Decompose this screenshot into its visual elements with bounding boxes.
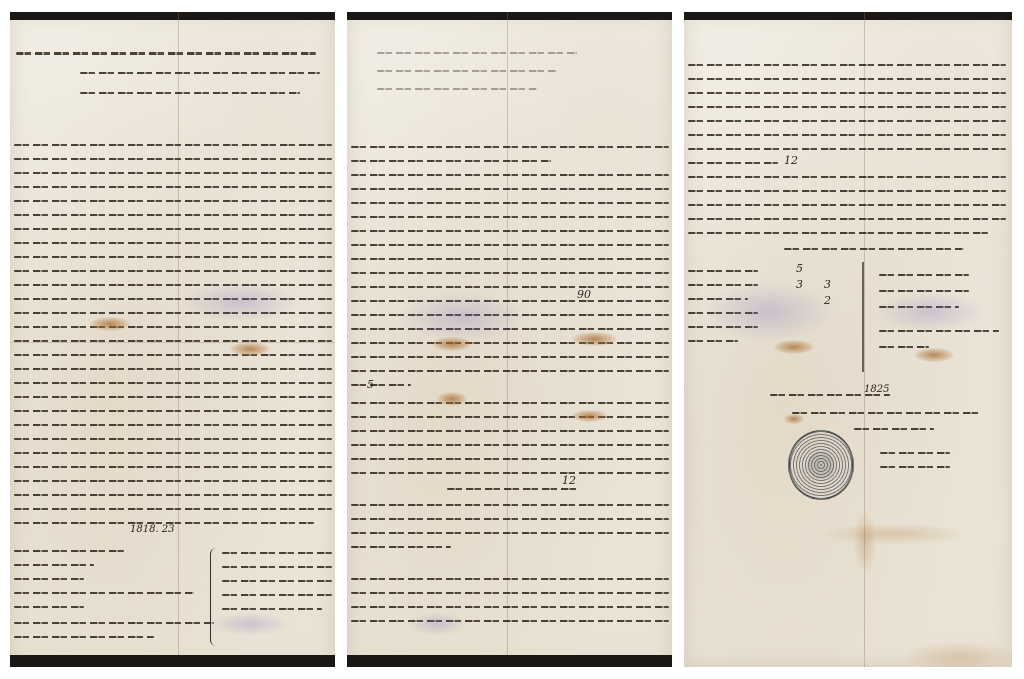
fold-crease [507,12,508,667]
date-line: 1825 [864,384,889,395]
purple-ink-mark [210,612,290,636]
numeral-fragment: 12 [784,154,798,167]
page-edge-shadow [347,12,672,20]
manuscript-page-2: 90 5 12 [347,12,672,667]
page-edge-shadow [347,655,672,667]
purple-ink-mark [407,612,467,636]
handwritten-header-line [80,92,300,94]
purple-ink-mark [397,292,527,342]
purple-ink-mark [874,292,984,332]
brown-stain [437,392,467,406]
page-edge-shadow [10,12,335,20]
brown-stain [914,348,954,362]
manuscript-page-3: 12 5 3 3 2 1825 [684,12,1012,667]
brown-stain [230,342,270,356]
page-edge-shadow [10,655,335,667]
water-stain [824,524,964,544]
page-edge-shadow [684,12,1012,20]
column-divider [862,262,864,372]
numeral-fragment: 12 [562,474,576,487]
brown-stain [572,332,617,346]
numeral-fragment: 90 [577,288,591,301]
handwritten-header-line [80,72,320,74]
date-line: 1818. 23 [130,524,175,535]
manuscript-page-1: 1818. 23 [10,12,335,667]
purple-ink-mark [704,282,834,342]
signature-line [792,412,982,414]
purple-ink-mark [180,282,300,322]
signature-line [880,466,950,468]
water-stain [904,642,1012,667]
table-digit: 3 [824,278,831,291]
table-digit: 5 [796,262,803,275]
stamp-seal-icon [788,430,854,500]
brown-stain [90,317,130,331]
numeral-fragment: 5 [367,378,374,391]
signature-line [854,428,934,430]
brown-stain [572,410,607,422]
fold-crease [10,342,335,343]
brown-stain [774,340,814,354]
signature-line [880,452,950,454]
brown-stain [784,414,804,424]
handwritten-header-line [16,52,316,55]
